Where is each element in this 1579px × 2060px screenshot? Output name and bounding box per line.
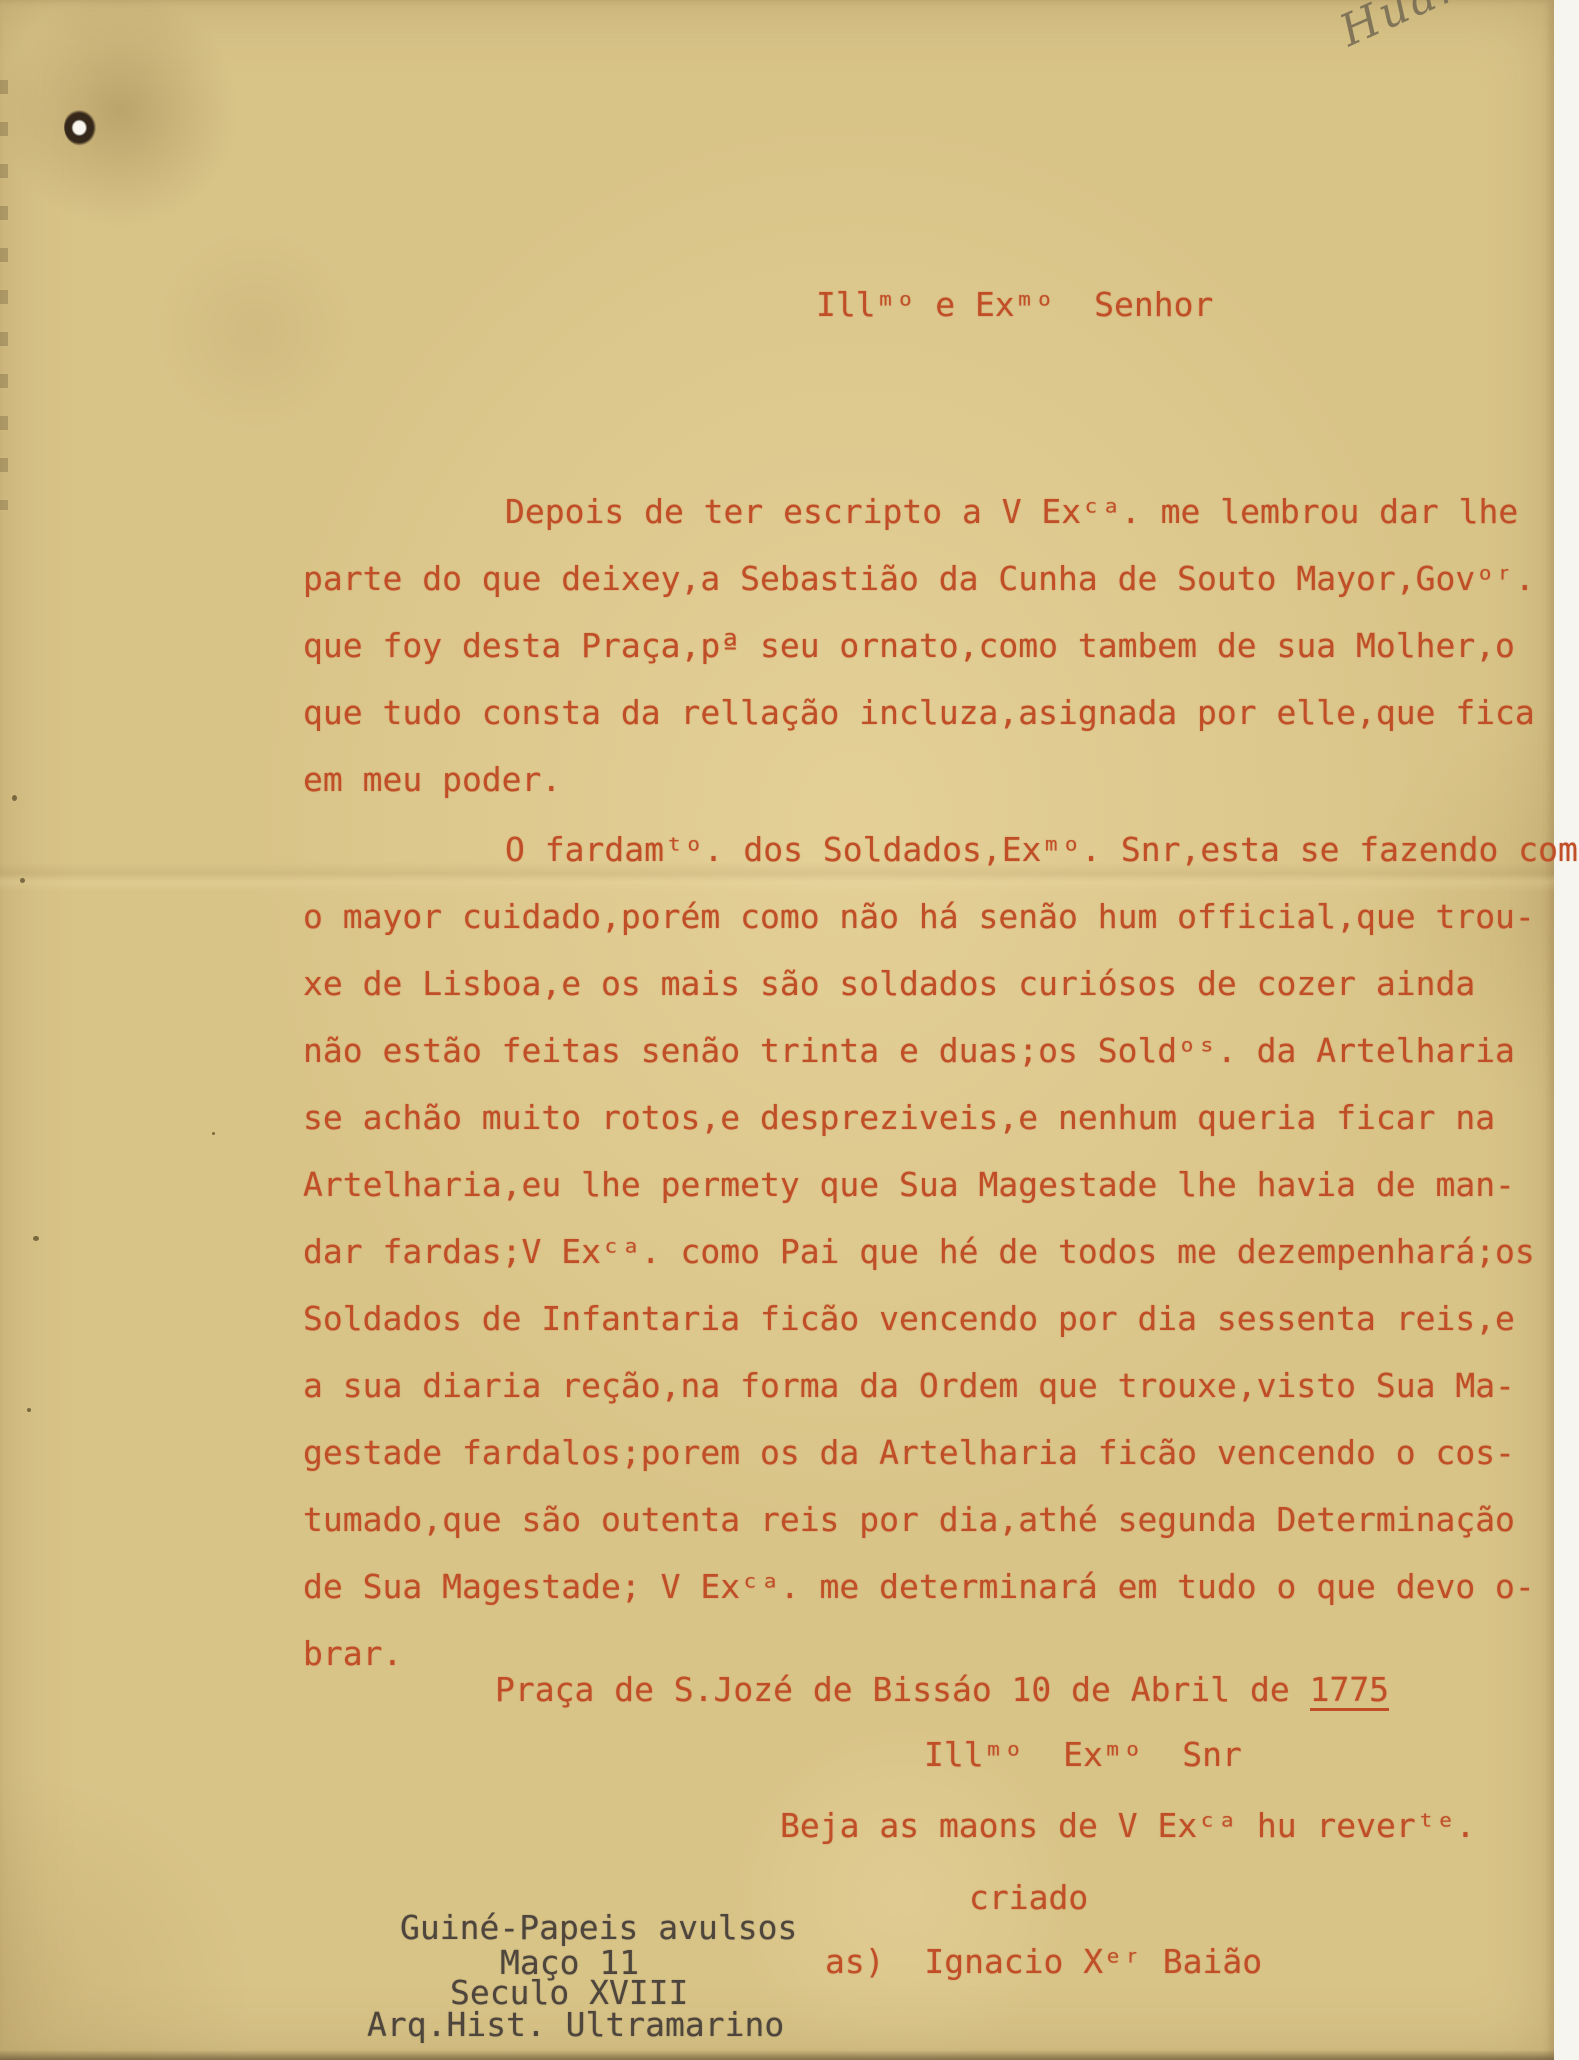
body-line: Artelharia,eu lhe permety que Sua Magest… <box>303 1164 1515 1206</box>
dateline: Praça de S.Jozé de Bissáo 10 de Abril de… <box>495 1669 1389 1711</box>
punch-hole <box>64 108 98 146</box>
closing-word: criado <box>969 1877 1088 1919</box>
closing-salutation: Illᵐᵒ Exᵐᵒ Snr <box>924 1734 1242 1776</box>
archive-stamp-line: Guiné-Papeis avulsos <box>400 1910 797 1946</box>
body-line: Depois de ter escripto a V Exᶜᵃ. me lemb… <box>505 491 1518 533</box>
archive-stamp-line: Arq.Hist. Ultramarino <box>367 2007 784 2043</box>
body-line: que foy desta Praça,pª seu ornato,como t… <box>303 625 1515 667</box>
paper-speck <box>12 795 17 801</box>
body-line: xe de Lisboa,e os mais são soldados curi… <box>303 963 1475 1005</box>
body-line: gestade fardalos;porem os da Artelharia … <box>303 1432 1515 1474</box>
handwritten-annotation: Huarté <box>1334 0 1512 54</box>
body-line: não estão feitas senão trinta e duas;os … <box>303 1030 1515 1072</box>
scan-bottom-edge <box>0 2050 1554 2060</box>
paper-speck <box>27 1408 31 1412</box>
body-line: brar. <box>303 1633 402 1675</box>
body-line: se achão muito rotos,e despreziveis,e ne… <box>303 1097 1495 1139</box>
letter-page: Huarté Illᵐᵒ e Exᵐᵒ Senhor Depois de ter… <box>0 0 1554 2060</box>
left-edge-wear <box>0 80 8 510</box>
body-line: a sua diaria reção,na forma da Ordem que… <box>303 1365 1515 1407</box>
dateline-text: Praça de S.Jozé de Bissáo 10 de Abril de <box>495 1670 1310 1709</box>
body-line: O fardamᵗᵒ. dos Soldados,Exᵐᵒ. Snr,esta … <box>505 829 1578 871</box>
body-line: o mayor cuidado,porém como não há senão … <box>303 896 1535 938</box>
body-line: parte do que deixey,a Sebastião da Cunha… <box>303 558 1535 600</box>
salutation: Illᵐᵒ e Exᵐᵒ Senhor <box>816 284 1213 326</box>
signature: as) Ignacio Xᵉʳ Baião <box>825 1941 1262 1983</box>
body-line: de Sua Magestade; V Exᶜᵃ. me determinará… <box>303 1566 1535 1608</box>
body-line: que tudo consta da rellação incluza,asig… <box>303 692 1535 734</box>
paper-speck <box>33 1236 39 1241</box>
body-line: Soldados de Infantaria ficão vencendo po… <box>303 1298 1515 1340</box>
body-line: dar fardas;V Exᶜᵃ. como Pai que hé de to… <box>303 1231 1535 1273</box>
paper-speck <box>20 878 25 883</box>
body-line: tumado,que são outenta reis por dia,athé… <box>303 1499 1515 1541</box>
dateline-year: 1775 <box>1310 1672 1389 1711</box>
body-line: em meu poder. <box>303 759 561 801</box>
paper-speck <box>212 1132 215 1135</box>
closing-courtesy: Beja as maons de V Exᶜᵃ hu reverᵗᵉ. <box>780 1805 1475 1847</box>
document-scan: Huarté Illᵐᵒ e Exᵐᵒ Senhor Depois de ter… <box>0 0 1579 2060</box>
